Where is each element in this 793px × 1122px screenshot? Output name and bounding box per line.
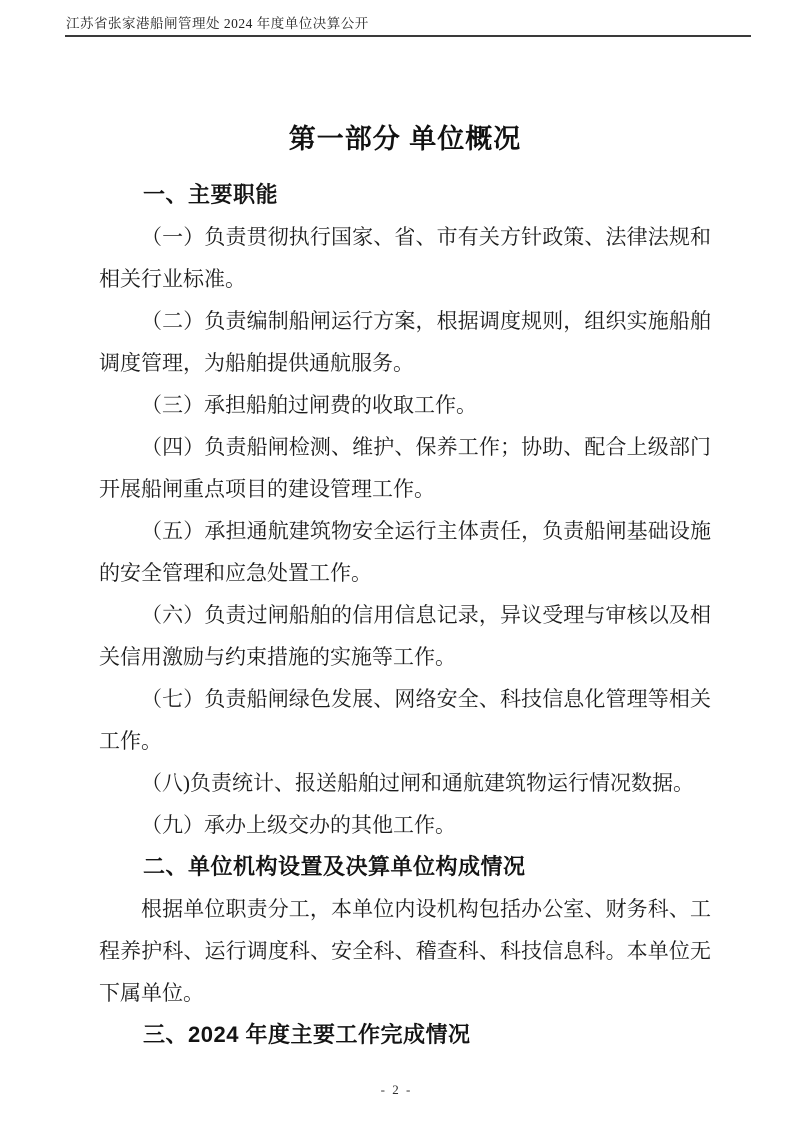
- page-number: - 2 -: [0, 1080, 793, 1100]
- paragraph-function-6: （六）负责过闸船舶的信用信息记录，异议受理与审核以及相关信用激励与约束措施的实施…: [99, 594, 711, 678]
- document-content: 第一部分 单位概况 一、主要职能 （一）负责贯彻执行国家、省、市有关方针政策、法…: [99, 0, 711, 1056]
- paragraph-function-1: （一）负责贯彻执行国家、省、市有关方针政策、法律法规和相关行业标准。: [99, 216, 711, 300]
- document-title: 第一部分 单位概况: [99, 116, 711, 162]
- paragraph-function-8: （八)负责统计、报送船舶过闸和通航建筑物运行情况数据。: [99, 762, 711, 804]
- section-heading-org-structure: 二、单位机构设置及决算单位构成情况: [99, 846, 711, 888]
- section-heading-work-completion: 三、2024 年度主要工作完成情况: [99, 1014, 711, 1056]
- paragraph-org-structure: 根据单位职责分工，本单位内设机构包括办公室、财务科、工程养护科、运行调度科、安全…: [99, 888, 711, 1014]
- paragraph-function-3: （三）承担船舶过闸费的收取工作。: [99, 384, 711, 426]
- document-page: 江苏省张家港船闸管理处 2024 年度单位决算公开 第一部分 单位概况 一、主要…: [0, 0, 793, 1122]
- paragraph-function-9: （九）承办上级交办的其他工作。: [99, 804, 711, 846]
- paragraph-function-4: （四）负责船闸检测、维护、保养工作；协助、配合上级部门开展船闸重点项目的建设管理…: [99, 426, 711, 510]
- paragraph-function-2: （二）负责编制船闸运行方案，根据调度规则，组织实施船舶调度管理，为船舶提供通航服…: [99, 300, 711, 384]
- paragraph-function-7: （七）负责船闸绿色发展、网络安全、科技信息化管理等相关工作。: [99, 678, 711, 762]
- section-heading-main-functions: 一、主要职能: [99, 174, 711, 216]
- paragraph-function-5: （五）承担通航建筑物安全运行主体责任，负责船闸基础设施的安全管理和应急处置工作。: [99, 510, 711, 594]
